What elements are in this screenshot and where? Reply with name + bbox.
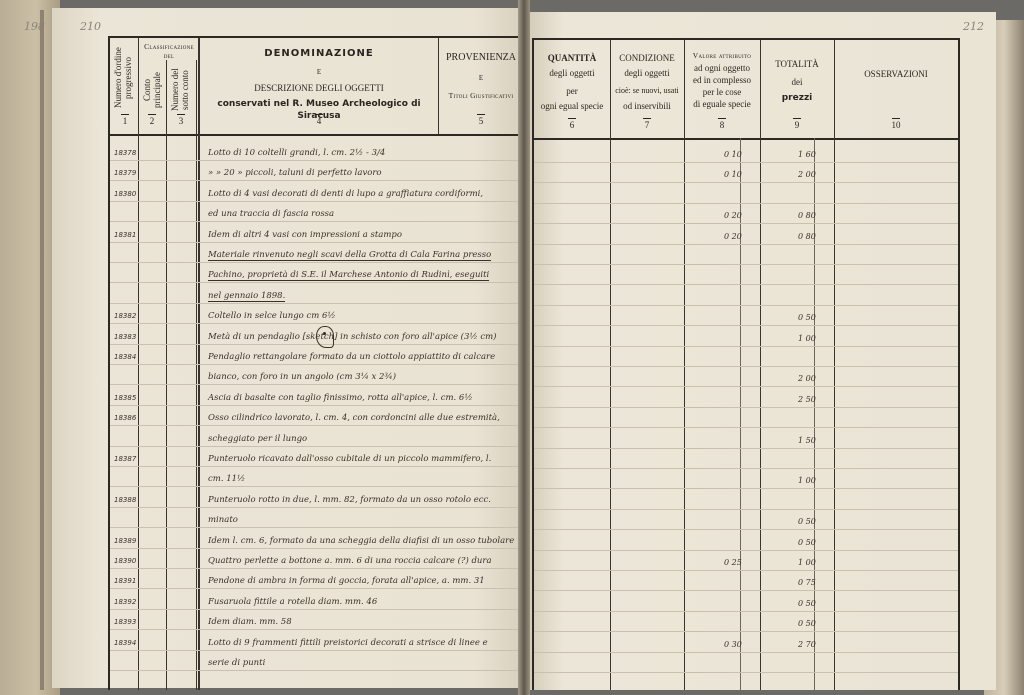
entry-description: Metà di un pendaglio [sketch] in schisto… [208,332,496,342]
row-rule [110,650,522,651]
header-numero-ordine: Numero d'ordine progressivo [113,46,135,110]
col-number-9: 9 [760,118,834,130]
entry-description: Lotto di 10 coltelli grandi, l. cm. 2½ -… [208,148,385,158]
row-rule [534,529,958,530]
row-rule [110,364,522,365]
entry-description: Punteruolo rotto in due, l. mm. 82, form… [208,495,491,505]
entry-number: 18385 [114,394,136,402]
row-rule [534,468,958,469]
row-rule [534,305,958,306]
header-denominazione: DENOMINAZIONE [200,48,438,60]
col-divider [684,40,685,690]
unit-value: 0 20 [724,232,742,241]
header-provenienza: PROVENIENZA [440,52,522,64]
entry-description: Lotto di 4 vasi decorati di denti di lup… [208,189,483,199]
entry-description: Fusaruola fittile a rotella diam. mm. 46 [208,597,377,607]
entry-number: 18394 [114,639,136,647]
entry-description: Idem di altri 4 vasi con impressioni a s… [208,230,402,240]
total-value: 0 50 [798,619,816,628]
total-value: 1 00 [798,334,816,343]
row-rule [534,203,958,204]
entry-number: 18393 [114,618,136,626]
total-value: 2 00 [798,374,816,383]
col-number-6: 6 [534,118,610,130]
row-rule [534,672,958,673]
header-line: dei [760,76,834,88]
col-number-10: 10 [834,118,958,130]
entry-description: Idem l. cm. 6, formato da una scheggia d… [208,536,514,546]
header-classificazione: Classificazione del [140,42,198,60]
stack-mark: 198 [24,20,45,33]
header-line: TOTALITÀ [760,58,834,70]
row-rule [534,244,958,245]
total-value: 2 50 [798,395,816,404]
entry-number: 18380 [114,190,136,198]
row-rule [110,323,522,324]
col-divider [196,60,197,690]
entry-number: 18381 [114,231,136,239]
entry-description: Pachino, proprietà di S.E. il Marchese A… [208,270,489,281]
row-rule [534,652,958,653]
row-rule [110,160,522,161]
entry-number: 18389 [114,537,136,545]
col-number-8: 8 [684,118,760,130]
row-rule [534,570,958,571]
entry-description: ed una traccia di fascia rossa [208,209,334,219]
row-rule [110,629,522,630]
total-value: 1 60 [798,150,816,159]
header-valore: Valore attribuito ad ogni oggetto ed in … [684,50,760,110]
entry-description: Osso cilindrico lavorato, l. cm. 4, con … [208,413,500,423]
header-line: di eguale specie [684,98,760,110]
right-page: 212 QUANTITÀ degli oggetti per ogni egua… [526,12,996,690]
header-osservazioni: OSSERVAZIONI [834,68,958,80]
header-line: CONDIZIONE [610,52,684,64]
row-rule [110,425,522,426]
row-rule [110,180,522,181]
row-rule [534,325,958,326]
total-value: 0 50 [798,313,816,322]
entry-number: 18387 [114,455,136,463]
row-rule [534,488,958,489]
row-rule [534,631,958,632]
row-rule [534,182,958,183]
header-conto-principale: Conto principale [142,66,162,114]
row-rule [110,201,522,202]
row-rule [534,611,958,612]
header-line: cioè: se nuovi, usati [610,85,684,97]
total-value: 0 50 [798,538,816,547]
header-quantita: QUANTITÀ degli oggetti per ogni egual sp… [534,52,610,112]
entry-number: 18378 [114,149,136,157]
header-line: per le cose [684,86,760,98]
row-rule [110,568,522,569]
page-number-left: 210 [80,20,101,33]
total-value: 0 80 [798,211,816,220]
row-rule [110,262,522,263]
col-number-7: 7 [610,118,684,130]
col-divider [438,38,439,134]
header-totalita: TOTALITÀ dei prezzi [760,58,834,104]
entry-number: 18392 [114,598,136,606]
entry-number: 18382 [114,312,136,320]
row-rule [110,527,522,528]
entry-number: 18379 [114,169,136,177]
entry-number: 18391 [114,577,136,585]
col-number-1: 1 [114,114,136,126]
entry-number: 18388 [114,496,136,504]
ledger-table-right: QUANTITÀ degli oggetti per ogni egual sp… [532,38,960,690]
col-divider [834,40,835,690]
row-rule [110,609,522,610]
row-rule [110,405,522,406]
header-line: prezzi [760,92,834,104]
col-number-5: 5 [440,114,522,126]
row-rule [110,670,522,671]
entry-number: 18390 [114,557,136,565]
entry-description: Lotto di 9 frammenti fittili preistorici… [208,638,488,648]
total-value: 0 50 [798,599,816,608]
total-value: 2 70 [798,640,816,649]
header-line: od inservibili [610,100,684,112]
entry-description: minato [208,515,238,525]
row-rule [534,223,958,224]
row-rule [534,509,958,510]
left-header: Numero d'ordine progressivo Classificazi… [110,38,522,136]
row-rule [534,550,958,551]
total-value: 2 00 [798,170,816,179]
row-rule [534,590,958,591]
ledger-table-left: Numero d'ordine progressivo Classificazi… [108,36,524,690]
entry-description: nel gennaio 1898. [208,291,285,302]
entry-description: Pendone di ambra in forma di goccia, for… [208,576,485,586]
col-divider [610,40,611,690]
row-rule [110,282,522,283]
header-line: ad ogni oggetto [684,62,760,74]
row-rule [534,284,958,285]
row-rule [534,427,958,428]
unit-value: 0 25 [724,558,742,567]
row-rule [110,486,522,487]
col-divider [740,138,741,690]
row-rule [110,303,522,304]
unit-value: 0 10 [724,170,742,179]
header-sotto-conto: Numero del sotto conto [170,66,190,114]
entry-description: bianco, con foro in un angolo (cm 3¼ x 2… [208,372,396,382]
header-line: ogni egual specie [534,100,610,112]
col-divider [166,60,167,690]
row-rule [110,507,522,508]
row-rule [110,242,522,243]
header-titoli: Titoli Giustificativi [440,90,522,102]
total-value: 0 50 [798,517,816,526]
page-number-right: 212 [963,20,984,33]
row-rule [534,407,958,408]
left-page: 198 210 Numero d'ordine progressivo Clas… [52,8,522,688]
entry-number: 18386 [114,414,136,422]
header-e-5: E [440,72,522,84]
col-number-3: 3 [168,114,194,126]
book-gutter [518,0,530,695]
row-rule [534,162,958,163]
right-header: QUANTITÀ degli oggetti per ogni egual sp… [534,40,958,140]
entry-description: Materiale rinvenuto negli scavi della Gr… [208,250,491,261]
entry-description: cm. 11½ [208,474,245,484]
entry-description: Quattro perlette a bottone a. mm. 6 di u… [208,556,492,566]
header-e: E [200,66,438,78]
header-line: degli oggetti [534,67,610,79]
total-value: 0 75 [798,578,816,587]
header-descrizione: DESCRIZIONE DEGLI OGGETTI [200,82,438,94]
pendant-sketch-icon [316,326,334,348]
row-rule [110,588,522,589]
entry-description: » » 20 » piccoli, taluni di perfetto lav… [208,168,382,178]
header-line: per [534,85,610,97]
entry-description: Punteruolo ricavato dall'osso cubitale d… [208,454,491,464]
col-number-4: 4 [200,114,438,126]
row-rule [110,548,522,549]
entry-description: Ascia di basalte con taglio finissimo, r… [208,393,473,403]
row-rule [110,466,522,467]
unit-value: 0 30 [724,640,742,649]
row-rule [534,366,958,367]
entry-description: scheggiato per il lungo [208,434,307,444]
header-line: ed in complesso [684,74,760,86]
unit-value: 0 20 [724,211,742,220]
row-rule [110,384,522,385]
row-rule [534,346,958,347]
total-value: 1 00 [798,558,816,567]
total-value: 1 00 [798,476,816,485]
header-condizione: CONDIZIONE degli oggetti cioè: se nuovi,… [610,52,684,112]
row-rule [110,344,522,345]
row-rule [534,264,958,265]
total-value: 0 80 [798,232,816,241]
unit-value: 0 10 [724,150,742,159]
entry-description: Idem diam. mm. 58 [208,617,292,627]
header-line: Valore attribuito [684,50,760,62]
entry-number: 18384 [114,353,136,361]
entry-description: Pendaglio rettangolare formato da un cio… [208,352,495,362]
row-rule [534,386,958,387]
row-rule [110,221,522,222]
entry-description: serie di punti [208,658,265,668]
page-stack-left [0,0,60,695]
row-rule [534,448,958,449]
col-number-2: 2 [140,114,164,126]
row-rule [110,446,522,447]
entry-description: Coltello in selce lungo cm 6½ [208,311,336,321]
entry-number: 18383 [114,333,136,341]
header-line: QUANTITÀ [534,52,610,64]
total-value: 1 50 [798,436,816,445]
header-line: degli oggetti [610,67,684,79]
col-divider [760,40,761,690]
